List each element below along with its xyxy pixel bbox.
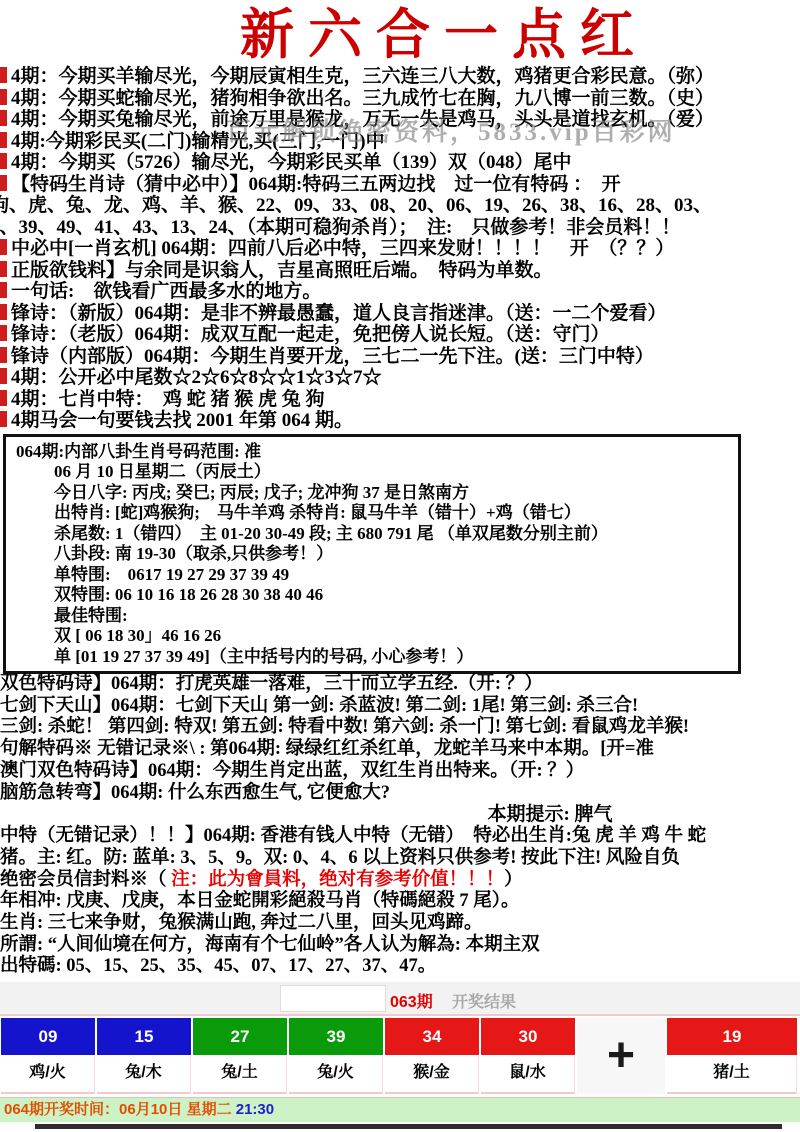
line-text: 06 月 10 日星期二（丙辰土） [54,462,271,481]
line-text: 064期:内部八卦生肖号码范围: 准 [16,442,261,461]
line-text: 出特碼: 05、15、25、35、45、07、17、27、37、47。 [0,956,436,976]
cut-red-mark [0,239,7,255]
cut-red-mark [0,67,7,83]
line-text: 出特肖: [蛇]鸡猴狗; 马牛羊鸡 杀特肖: 鼠马牛羊（错十）+鸡（错七） [54,503,581,522]
next-draw-text: 064期开奖时间：06月10日 星期二 [4,1101,232,1118]
results-header: 063期 开奖结果 [0,982,800,1016]
line-text: 单 [01 19 27 37 39 49]（主中括号内的号码, 小心参考！） [54,647,473,666]
text-line: 中特（无错记录）！！】064期: 香港有钱人中特（无错） 特必出生肖:兔 虎 羊… [0,826,800,848]
line-text: 双色特码诗】064期：打虎英雄一落难，三十而立学五经.（开: ？） [0,674,543,694]
line-text: 所謂: “人间仙境在何方，海南有个七仙岭”各人认为解為: 本期主双 [0,935,540,955]
text-line: 中必中[一肖玄机] 064期：四前八后必中特，三四来发财！！！！ 开 （？？） [0,238,800,260]
text-line: 脑筋急转弯】064期: 什么东西愈生气, 它便愈大? [0,783,800,805]
result-number: 09 [1,1018,95,1055]
hint-lines: 中特（无错记录）！！】064期: 香港有钱人中特（无错） 特必出生肖:兔 虎 羊… [0,826,800,869]
bagua-box: 064期:内部八卦生肖号码范围: 准 06 月 10 日星期二（丙辰土） 今日八… [3,434,741,675]
line-text: 正版欲钱料】与余同是识翁人，吉星高照旺后端。 特码为单数。 [11,260,553,281]
box-line: 杀尾数: 1（错四） 主 01-20 30-49 段; 主 680 791 尾 … [16,524,738,545]
result-zodiac: 猴/金 [385,1055,479,1094]
result-number: 30 [481,1018,575,1055]
line-text: 今日八字: 丙戌; 癸巳; 丙辰; 戊子; 龙冲狗 37 是日煞南方 [54,483,469,502]
secret-line: 绝密会员信封料※（ 注：此为會員料，绝对有参考价值！！！） [0,870,800,892]
box-line: 06 月 10 日星期二（丙辰土） [16,462,738,483]
line-text: 年相冲: 戊庚、戊庚，本日金蛇開彩絕殺马肖（特碼絕殺 7 尾）。 [0,891,520,911]
tip-line: 本期提示: 脾气 [0,804,800,826]
cut-red-mark [0,304,7,320]
line-text: 脑筋急转弯】064期: 什么东西愈生气, 它便愈大? [0,783,390,803]
text-line: 澳门双色特码诗】064期：今期生肖定出蓝，双红生肖出特来。（开: ？） [0,761,800,783]
cut-red-mark [0,110,7,126]
cut-red-mark [0,261,7,277]
text-line: 4期：今期买（5726）输尽光，今期彩民买单（139）双（048）尾中 [0,152,800,174]
text-line: 七剑下天山】064期：七剑下天山 第一剑: 杀蓝波! 第二剑: 1尾! 第三剑:… [0,696,800,718]
cut-red-mark [0,411,7,427]
result-column: 15 兔/木 [97,1018,191,1094]
red-note: 注：此为會員料，绝对有参考价值！！！ [171,870,504,890]
result-zodiac: 鼠/水 [481,1055,575,1094]
text-line: 句解特码※ 无错记录※\ : 第064期: 绿绿红红杀红单，龙蛇羊马来中本期。[… [0,739,800,761]
line-text: 双 [ 06 18 30」46 16 26 [54,626,221,645]
box-line: 八卦段: 南 19-30（取杀,只供参考！） [16,544,738,565]
result-label: 开奖结果 [452,989,516,1012]
line-text: 5、39、49、41、43、13、24、（本期可稳狗杀肖）； 注: 只做参考！非… [0,217,680,239]
box-line: 单 [01 19 27 37 39 49]（主中括号内的号码, 小心参考！） [16,647,738,668]
closing-lines: 年相冲: 戊庚、戊庚，本日金蛇開彩絕殺马肖（特碼絕殺 7 尾）。 生肖: 三七来… [0,891,800,978]
special-column: 19 猪/土 [667,1018,797,1094]
text-line: 年相冲: 戊庚、戊庚，本日金蛇開彩絕殺马肖（特碼絕殺 7 尾）。 [0,891,800,913]
cut-red-mark [0,347,7,363]
line-text: 4期：七肖中特： 鸡 蛇 猪 猴 虎 兔 狗 [11,389,325,410]
line-text: 句解特码※ 无错记录※\ : 第064期: 绿绿红红杀红单，龙蛇羊马来中本期。[… [0,739,654,759]
text-line: 锋诗：（新版）064期：是非不辨最愚蠢，道人良言指迷津。（送：一二个爱看） [0,303,800,325]
box-line: 出特肖: [蛇]鸡猴狗; 马牛羊鸡 杀特肖: 鼠马牛羊（错十）+鸡（错七） [16,503,738,524]
text-line: 【特码生肖诗（猜中必中）】064期:特码三五两边找 过一位有特码 ： 开 [0,174,800,196]
next-draw-bar: 064期开奖时间：06月10日 星期二 21:30 [0,1097,800,1122]
next-draw-time: 21:30 [236,1101,274,1118]
line-text: 4期：今期买蛇输尽光，猪狗相争欲出名。三九成竹七在胸，九八博一前三数。（史） [11,88,714,109]
text-line: 4期：今期买羊输尽光，今期辰寅相生克，三六连三八大数，鸡猪更合彩民意。（弥） [0,66,800,88]
text-line: 所謂: “人间仙境在何方，海南有个七仙岭”各人认为解為: 本期主双 [0,935,800,957]
secret-post: ） [504,870,523,890]
result-zodiac: 兔/土 [193,1055,287,1094]
cut-red-mark [0,89,7,105]
line-text: 4期：今期买（5726）输尽光，今期彩民买单（139）双（048）尾中 [11,152,572,173]
line-text: 狗、虎、兔、龙、鸡、羊、猴、22、09、33、08、20、06、19、26、38… [0,195,712,217]
text-line: 锋诗：（老版）064期：成双互配一起走，免把傍人说长短。（送：守门） [0,324,800,346]
result-number: 34 [385,1018,479,1055]
line-text: 生肖: 三七来争财，兔猴满山跑, 奔过二八里，回头见鸡蹄。 [0,913,483,933]
text-line: 4期：今期买蛇输尽光，猪狗相争欲出名。三九成竹七在胸，九八博一前三数。（史） [0,88,800,110]
cut-red-mark [0,153,7,169]
cut-red-mark [0,325,7,341]
text-line: 三剑: 杀蛇！ 第四剑: 特双! 第五剑: 特看中数! 第六剑: 杀一门! 第七… [0,717,800,739]
text-line: 狗、虎、兔、龙、鸡、羊、猴、22、09、33、08、20、06、19、26、38… [0,195,800,217]
result-columns: 09 鸡/火 15 兔/木 27 兔/土 39 兔/火 [1,1018,575,1094]
line-text: 七剑下天山】064期：七剑下天山 第一剑: 杀蓝波! 第二剑: 1尾! 第三剑:… [0,696,638,716]
text-line: 锋诗（内部版）064期：今期生肖要开龙，三七二一先下注。(送：三门中特） [0,346,800,368]
text-line: 5、39、49、41、43、13、24、（本期可稳狗杀肖）； 注: 只做参考！非… [0,217,800,239]
result-zodiac: 兔/火 [289,1055,383,1094]
text-line: 正版欲钱料】与余同是识翁人，吉星高照旺后端。 特码为单数。 [0,260,800,282]
text-line: 4期：公开必中尾数☆2☆6☆8☆☆1☆3☆7☆ [0,367,800,389]
result-column: 30 鼠/水 [481,1018,575,1094]
result-column: 34 猴/金 [385,1018,479,1094]
results-table: 09 鸡/火 15 兔/木 27 兔/土 39 兔/火 [0,1016,800,1094]
result-number: 27 [193,1018,287,1055]
result-column: 27 兔/土 [193,1018,287,1094]
cut-red-mark [0,132,7,148]
line-text: 4期马会一句要钱去找 2001 年第 064 期。 [11,410,353,431]
line-text: 最佳特围: [54,606,128,625]
lottery-tip-sheet: 百元解锁绝密资料，5833.vip百彩网 新六合一点红 4期：今期买羊输尽光，今… [0,0,800,1132]
box-line: 最佳特围: [16,606,738,627]
cut-red-mark [0,175,7,191]
period-input[interactable] [280,985,386,1012]
line-text: 4期：公开必中尾数☆2☆6☆8☆☆1☆3☆7☆ [11,367,382,388]
box-line: 双 [ 06 18 30」46 16 26 [16,626,738,647]
box-line: 双特围: 06 10 16 18 26 28 30 38 40 46 [16,585,738,606]
line-text: 单特围: 0617 19 27 29 37 39 49 [54,565,289,584]
text-line: 4期马会一句要钱去找 2001 年第 064 期。 [0,410,800,432]
line-text: 三剑: 杀蛇！ 第四剑: 特双! 第五剑: 特看中数! 第六剑: 杀一门! 第七… [0,717,689,737]
result-number: 39 [289,1018,383,1055]
cut-red-mark [0,390,7,406]
line-text: 澳门双色特码诗】064期：今期生肖定出蓝，双红生肖出特来。（开: ？） [0,761,584,781]
result-number: 15 [97,1018,191,1055]
result-zodiac: 兔/木 [97,1055,191,1094]
cut-red-mark [0,282,7,298]
page-title: 新六合一点红 [0,6,800,64]
plus-icon: + [577,1019,665,1093]
text-line: 猪。主: 红。防: 蓝单: 3、5、9。双: 0、4、6 以上资料只供参考! 按… [0,848,800,870]
box-line: 单特围: 0617 19 27 29 37 39 49 [16,565,738,586]
line-text: 八卦段: 南 19-30（取杀,只供参考！） [54,544,333,563]
plus-cell: + [577,1018,665,1094]
box-line: 064期:内部八卦生肖号码范围: 准 [16,442,738,463]
text-line: 双色特码诗】064期：打虎英雄一落难，三十而立学五经.（开: ？） [0,674,800,696]
special-zodiac: 猪/土 [667,1055,797,1094]
cut-red-mark [0,368,7,384]
secret-pre: 绝密会员信封料※（ [0,870,171,890]
line-text: 锋诗：（老版）064期：成双互配一起走，免把傍人说长短。（送：守门） [11,324,610,345]
text-line: 生肖: 三七来争财，兔猴满山跑, 奔过二八里，回头见鸡蹄。 [0,913,800,935]
line-text: 锋诗（内部版）064期：今期生肖要开龙，三七二一先下注。(送：三门中特） [11,346,654,367]
line-text: 【特码生肖诗（猜中必中）】064期:特码三五两边找 过一位有特码 ： 开 [11,174,621,195]
bottom-bar [35,1124,782,1129]
result-column: 09 鸡/火 [1,1018,95,1094]
line-text: 双特围: 06 10 16 18 26 28 30 38 40 46 [54,585,323,604]
special-number: 19 [667,1018,797,1055]
poem-lines: 双色特码诗】064期：打虎英雄一落难，三十而立学五经.（开: ？） 七剑下天山】… [0,674,800,804]
line-text: 杀尾数: 1（错四） 主 01-20 30-49 段; 主 680 791 尾 … [54,524,608,543]
result-zodiac: 鸡/火 [1,1055,95,1094]
text-line: 4期：七肖中特： 鸡 蛇 猪 猴 虎 兔 狗 [0,389,800,411]
line-text: 锋诗：（新版）064期：是非不辨最愚蠢，道人良言指迷津。（送：一二个爱看） [11,303,667,324]
line-text: 中必中[一肖玄机] 064期：四前八后必中特，三四来发财！！！！ 开 （？？） [11,238,674,259]
box-line: 今日八字: 丙戌; 癸巳; 丙辰; 戊子; 龙冲狗 37 是日煞南方 [16,483,738,504]
line-text: 中特（无错记录）！！】064期: 香港有钱人中特（无错） 特必出生肖:兔 虎 羊… [0,826,706,846]
text-line: 一句话: 欲钱看广西最多水的地方。 [0,281,800,303]
line-text: 一句话: 欲钱看广西最多水的地方。 [11,281,321,302]
result-period: 063期 [390,989,433,1012]
line-text: 4期：今期买羊输尽光，今期辰寅相生克，三六连三八大数，鸡猪更合彩民意。（弥） [11,66,714,87]
result-column: 39 兔/火 [289,1018,383,1094]
watermark: 百元解锁绝密资料，5833.vip百彩网 [226,112,676,148]
text-line: 出特碼: 05、15、25、35、45、07、17、27、37、47。 [0,956,800,978]
line-text: 猪。主: 红。防: 蓝单: 3、5、9。双: 0、4、6 以上资料只供参考! 按… [0,848,680,868]
